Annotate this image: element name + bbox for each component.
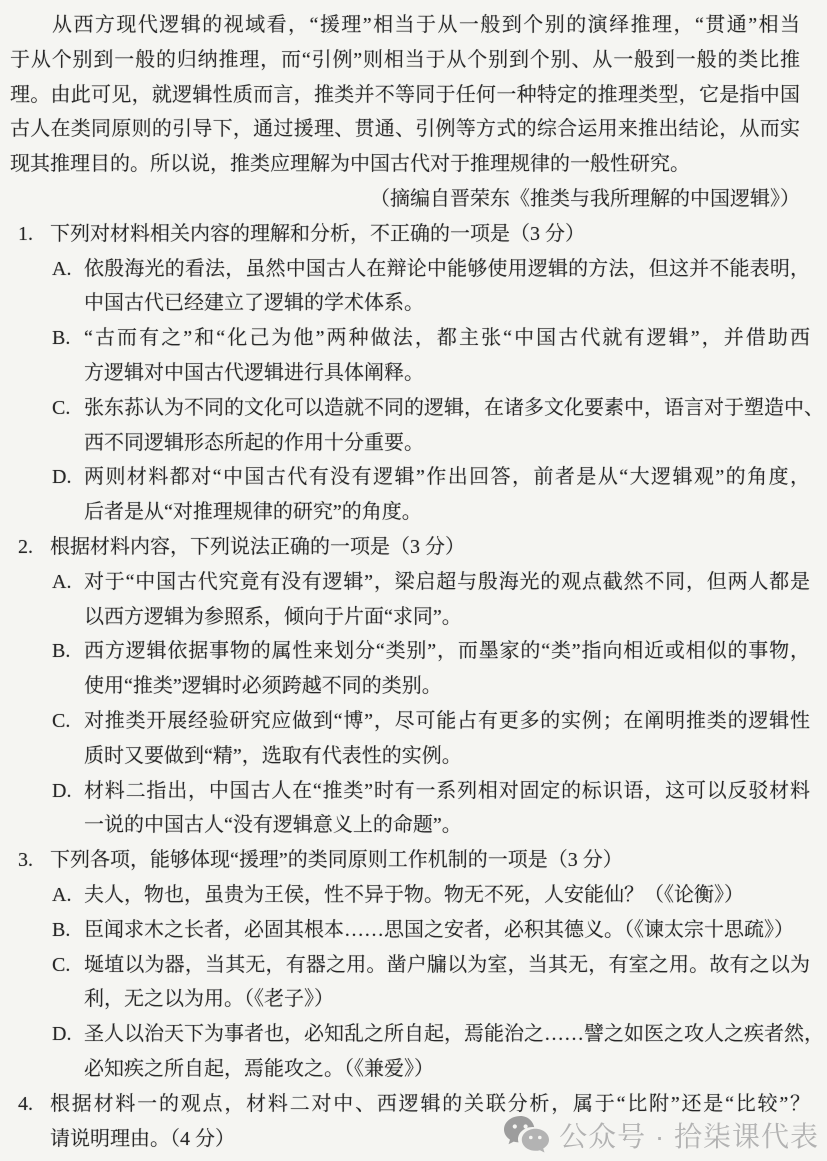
option-text: 利，无之以为用。（《老子》）: [84, 982, 810, 1017]
option-text: 臣闻求木之长者，必固其根本……思国之安者，必积其德义。（《谏太宗十思疏》）: [84, 913, 810, 948]
option-text: 西不同逻辑形态所起的作用十分重要。: [84, 426, 810, 461]
option-label: D.: [52, 1017, 84, 1087]
watermark: 公众号 · 拾柒课代表: [503, 1115, 819, 1155]
question-2: 2. 根据材料内容，下列说法正确的一项是（3 分） A. 对于“中国古代究竟有没…: [10, 530, 827, 843]
option-c: C. 埏埴以为器，当其无，有器之用。凿户牖以为室，当其无，有室之用。故有之以为 …: [10, 948, 827, 1018]
option-c: C. 张东荪认为不同的文化可以造就不同的逻辑，在诸多文化要素中，语言对于塑造中、…: [10, 391, 827, 461]
option-label: D.: [52, 774, 84, 844]
option-text: 对于“中国古代究竟有没有逻辑”，梁启超与殷海光的观点截然不同，但两人都是: [84, 565, 810, 600]
option-text: 必知疾之所自起，焉能攻之。（《兼爱》）: [84, 1052, 810, 1087]
question-3: 3. 下列各项，能够体现“援理”的类同原则工作机制的一项是（3 分） A. 夫人…: [10, 843, 827, 1087]
intro-paragraph: 从西方现代逻辑的视域看，“援理”相当于从一般到个别的演绎推理，“贯通”相当 于从…: [10, 8, 827, 217]
intro-line: 理。由此可见，就逻辑性质而言，推类并不等同于任何一种特定的推理类型，它是指中国: [10, 78, 800, 113]
question-stem: 下列各项，能够体现“援理”的类同原则工作机制的一项是（3 分）: [50, 843, 810, 878]
option-text: 埏埴以为器，当其无，有器之用。凿户牖以为室，当其无，有室之用。故有之以为: [84, 948, 810, 983]
option-text: 两则材料都对“中国古代有没有逻辑”作出回答，前者是从“大逻辑观”的角度，: [84, 460, 810, 495]
source-attribution: （摘编自晋荣东《推类与我所理解的中国逻辑》）: [10, 182, 800, 217]
intro-line: 现其推理目的。所以说，推类应理解为中国古代对于推理规律的一般性研究。: [10, 147, 800, 182]
option-text: 西方逻辑依据事物的属性来划分“类别”，而墨家的“类”指向相近或相似的事物，: [84, 634, 810, 669]
option-b: B. “古而有之”和“化己为他”两种做法，都主张“中国古代就有逻辑”，并借助西 …: [10, 321, 827, 391]
option-a: A. 依殷海光的看法，虽然中国古人在辩论中能够使用逻辑的方法，但这并不能表明， …: [10, 252, 827, 322]
option-d: D. 圣人以治天下为事者也，必知乱之所自起，焉能治之……譬之如医之攻人之疾者然，…: [10, 1017, 827, 1087]
question-stem: 下列对材料相关内容的理解和分析，不正确的一项是（3 分）: [50, 217, 810, 252]
option-a: A. 对于“中国古代究竟有没有逻辑”，梁启超与殷海光的观点截然不同，但两人都是 …: [10, 565, 827, 635]
option-label: B.: [52, 634, 84, 704]
option-text: 后者是从“对推理规律的研究”的角度。: [84, 495, 810, 530]
option-text: 质时又要做到“精”，选取有代表性的实例。: [84, 739, 810, 774]
intro-line: 从西方现代逻辑的视域看，“援理”相当于从一般到个别的演绎推理，“贯通”相当: [10, 8, 800, 43]
option-text: 一说的中国古人“没有逻辑意义上的命题”。: [84, 808, 810, 843]
question-1: 1. 下列对材料相关内容的理解和分析，不正确的一项是（3 分） A. 依殷海光的…: [10, 217, 827, 530]
option-label: B.: [52, 913, 84, 948]
exam-page: 从西方现代逻辑的视域看，“援理”相当于从一般到个别的演绎推理，“贯通”相当 于从…: [0, 0, 827, 1156]
option-text: 圣人以治天下为事者也，必知乱之所自起，焉能治之……譬之如医之攻人之疾者然，: [84, 1017, 810, 1052]
question-number: 2.: [10, 530, 50, 565]
option-text: 中国古代已经建立了逻辑的学术体系。: [84, 286, 810, 321]
option-text: 依殷海光的看法，虽然中国古人在辩论中能够使用逻辑的方法，但这并不能表明，: [84, 252, 810, 287]
option-text: 材料二指出，中国古人在“推类”时有一系列相对固定的标识语，这可以反驳材料: [84, 774, 810, 809]
intro-line: 古人在类同原则的引导下，通过援理、贯通、引例等方式的综合运用来推出结论，从而实: [10, 112, 800, 147]
option-b: B. 西方逻辑依据事物的属性来划分“类别”，而墨家的“类”指向相近或相似的事物，…: [10, 634, 827, 704]
option-b: B. 臣闻求木之长者，必固其根本……思国之安者，必积其德义。（《谏太宗十思疏》）: [10, 913, 827, 948]
option-text: 使用“推类”逻辑时必须跨越不同的类别。: [84, 669, 810, 704]
option-label: C.: [52, 391, 84, 461]
option-label: B.: [52, 321, 84, 391]
option-d: D. 材料二指出，中国古人在“推类”时有一系列相对固定的标识语，这可以反驳材料 …: [10, 774, 827, 844]
option-label: A.: [52, 565, 84, 635]
option-text: “古而有之”和“化己为他”两种做法，都主张“中国古代就有逻辑”，并借助西: [84, 321, 810, 356]
question-stem: 根据材料内容，下列说法正确的一项是（3 分）: [50, 530, 810, 565]
option-d: D. 两则材料都对“中国古代有没有逻辑”作出回答，前者是从“大逻辑观”的角度， …: [10, 460, 827, 530]
option-text: 方逻辑对中国古代逻辑进行具体阐释。: [84, 356, 810, 391]
option-label: C.: [52, 948, 84, 1018]
option-label: A.: [52, 252, 84, 322]
option-text: 夫人，物也，虽贵为王侯，性不异于物。物无不死，人安能仙？（《论衡》）: [84, 878, 810, 913]
intro-line: 于从个别到一般的归纳推理，而“引例”则相当于从个别到个别、从一般到一般的类比推: [10, 43, 800, 78]
wechat-icon: [503, 1115, 550, 1155]
option-c: C. 对推类开展经验研究应做到“博”，尽可能占有更多的实例；在阐明推类的逻辑性 …: [10, 704, 827, 774]
option-label: D.: [52, 460, 84, 530]
option-text: 张东荪认为不同的文化可以造就不同的逻辑，在诸多文化要素中，语言对于塑造中、: [84, 391, 810, 426]
option-a: A. 夫人，物也，虽贵为王侯，性不异于物。物无不死，人安能仙？（《论衡》）: [10, 878, 827, 913]
question-number: 1.: [10, 217, 50, 252]
option-label: C.: [52, 704, 84, 774]
question-number: 4.: [10, 1087, 50, 1157]
option-text: 以西方逻辑为参照系，倾向于片面“求同”。: [84, 600, 810, 635]
option-label: A.: [52, 878, 84, 913]
question-number: 3.: [10, 843, 50, 878]
option-text: 对推类开展经验研究应做到“博”，尽可能占有更多的实例；在阐明推类的逻辑性: [84, 704, 810, 739]
watermark-label: 公众号 · 拾柒课代表: [559, 1115, 819, 1155]
